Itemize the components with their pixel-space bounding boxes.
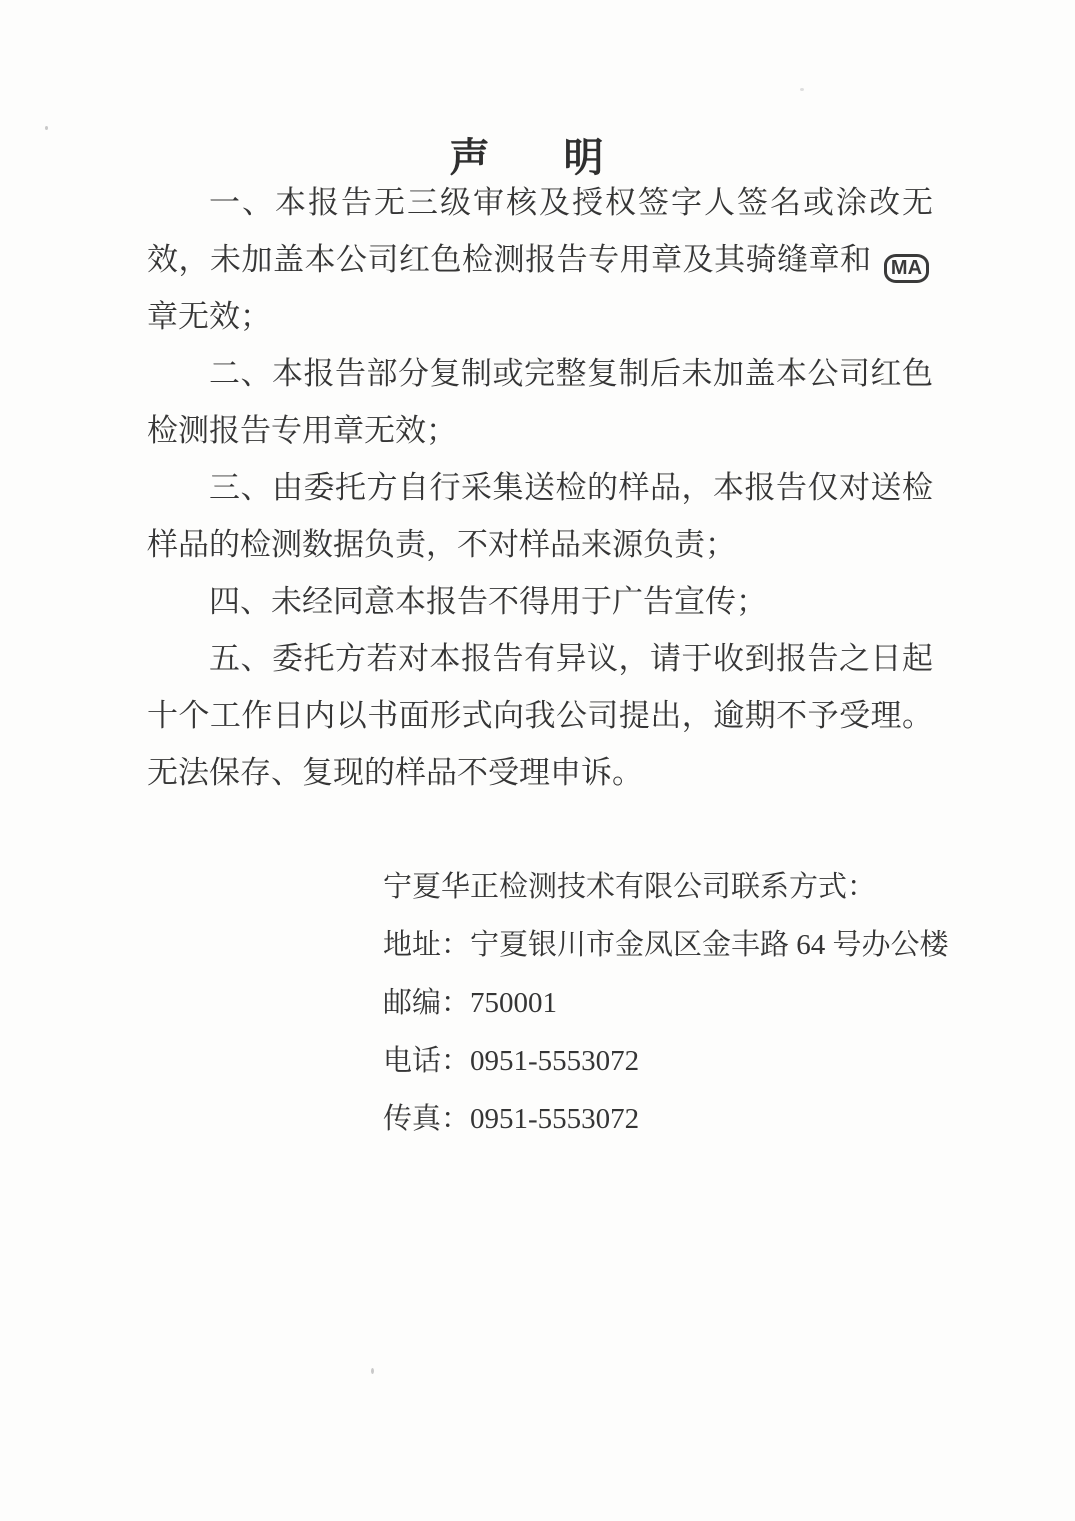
clause-2: 二、本报告部分复制或完整复制后未加盖本公司红色检测报告专用章无效； <box>147 345 933 459</box>
clause-1-text-after: 章无效； <box>147 299 271 334</box>
contact-phone: 电话：0951-5553072 <box>383 1032 949 1090</box>
declaration-body: 一、本报告无三级审核及授权签字人签名或涂改无效，未加盖本公司红色检测报告专用章及… <box>147 174 933 801</box>
scan-speck <box>45 126 48 130</box>
clause-3: 三、由委托方自行采集送检的样品，本报告仅对送检样品的检测数据负责，不对样品来源负… <box>147 459 933 573</box>
clause-1: 一、本报告无三级审核及授权签字人签名或涂改无效，未加盖本公司红色检测报告专用章及… <box>147 174 933 345</box>
clause-1-text-before: 一、本报告无三级审核及授权签字人签名或涂改无效，未加盖本公司红色检测报告专用章及… <box>147 185 933 277</box>
contact-address: 地址：宁夏银川市金凤区金丰路 64 号办公楼 <box>383 916 949 974</box>
scan-speck <box>800 88 804 91</box>
contact-block: 宁夏华正检测技术有限公司联系方式： 地址：宁夏银川市金凤区金丰路 64 号办公楼… <box>383 858 949 1148</box>
clause-4: 四、未经同意本报告不得用于广告宣传； <box>147 573 933 630</box>
contact-fax: 传真：0951-5553072 <box>383 1090 949 1148</box>
contact-heading: 宁夏华正检测技术有限公司联系方式： <box>383 858 949 916</box>
contact-postcode: 邮编：750001 <box>383 974 949 1032</box>
cma-mark-icon: MA <box>884 254 929 283</box>
scan-speck <box>371 1368 374 1374</box>
clause-5: 五、委托方若对本报告有异议，请于收到报告之日起十个工作日内以书面形式向我公司提出… <box>147 630 933 801</box>
declaration-page: 声 明 一、本报告无三级审核及授权签字人签名或涂改无效，未加盖本公司红色检测报告… <box>0 0 1075 1521</box>
